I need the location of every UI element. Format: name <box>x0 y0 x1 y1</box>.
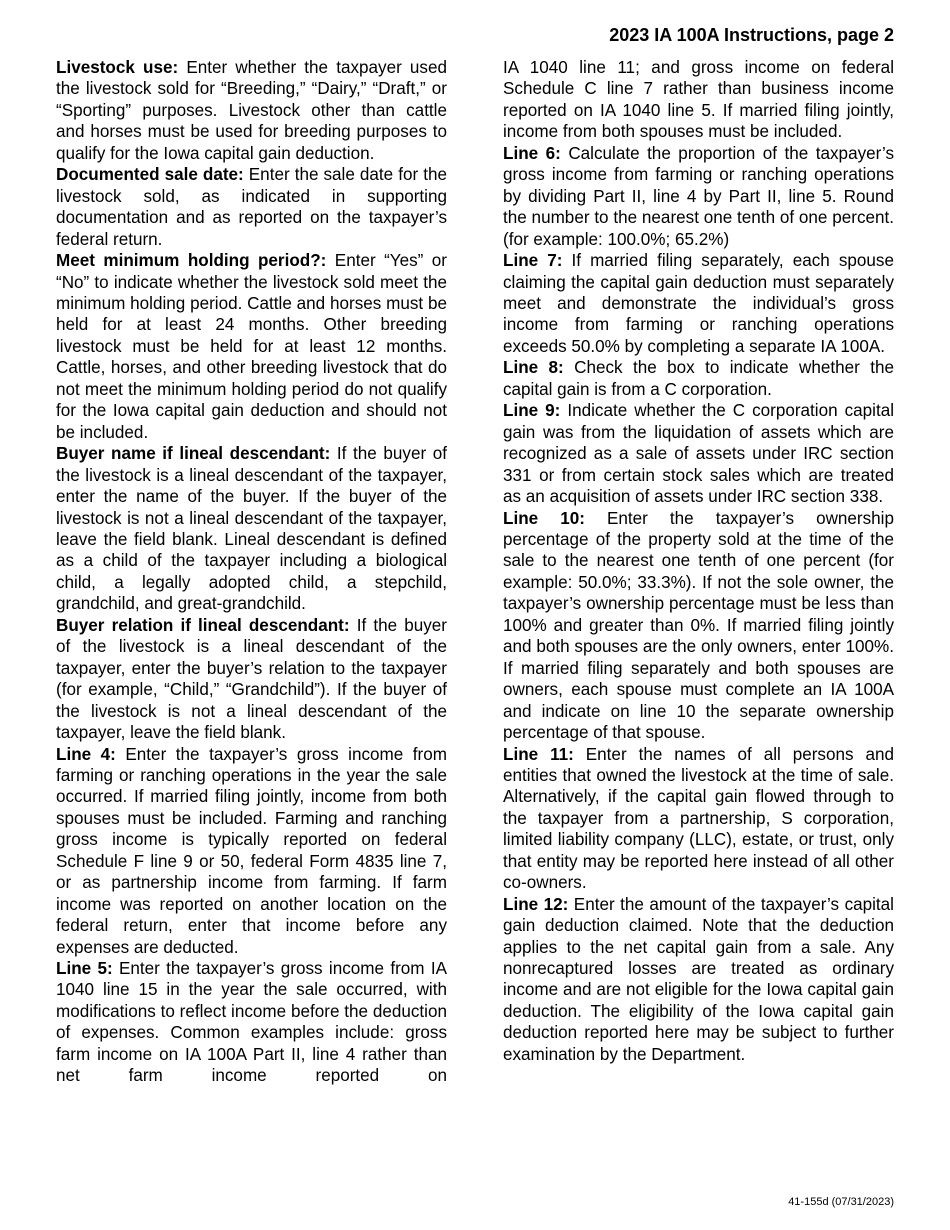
term-text: Enter the amount of the taxpayer’s capit… <box>503 895 894 1064</box>
instruction-livestock-use: Livestock use: Enter whether the taxpaye… <box>56 57 447 164</box>
term-text: Indicate whether the C corporation capit… <box>503 401 894 506</box>
instruction-line-6: Line 6: Calculate the proportion of the … <box>503 143 894 250</box>
instruction-buyer-relation: Buyer relation if lineal descendant: If … <box>56 615 447 744</box>
instruction-line-11: Line 11: Enter the names of all persons … <box>503 744 894 894</box>
form-id-footer: 41-155d (07/31/2023) <box>788 1195 894 1209</box>
term-text: Enter the taxpayer’s ownership percentag… <box>503 509 894 743</box>
instruction-buyer-name: Buyer name if lineal descendant: If the … <box>56 443 447 615</box>
instruction-minimum-holding-period: Meet minimum holding period?: Enter “Yes… <box>56 250 447 443</box>
term-label: Line 8: <box>503 358 564 377</box>
term-label: Line 9: <box>503 401 560 420</box>
term-label: Buyer name if lineal descendant: <box>56 444 330 463</box>
instruction-line-8: Line 8: Check the box to indicate whethe… <box>503 357 894 400</box>
term-label: Line 6: <box>503 144 561 163</box>
term-label: Buyer relation if lineal descendant: <box>56 616 350 635</box>
instruction-line-10: Line 10: Enter the taxpayer’s ownership … <box>503 508 894 744</box>
left-column: Livestock use: Enter whether the taxpaye… <box>56 57 447 1087</box>
term-text: Enter the taxpayer’s gross income from f… <box>56 745 447 957</box>
term-text: If the buyer of the livestock is a linea… <box>56 444 447 613</box>
term-label: Line 12: <box>503 895 568 914</box>
term-text: IA 1040 line 11; and gross income on fed… <box>503 58 894 141</box>
instruction-line-9: Line 9: Indicate whether the C corporati… <box>503 400 894 507</box>
instruction-line-5: Line 5: Enter the taxpayer’s gross incom… <box>56 958 447 1087</box>
term-text: Enter the taxpayer’s gross income from I… <box>56 959 447 1085</box>
instruction-line-5-continued: IA 1040 line 11; and gross income on fed… <box>503 57 894 143</box>
term-label: Line 5: <box>56 959 113 978</box>
term-label: Meet minimum holding period?: <box>56 251 326 270</box>
instruction-line-4: Line 4: Enter the taxpayer’s gross incom… <box>56 744 447 959</box>
term-label: Line 11: <box>503 745 574 764</box>
term-text: Calculate the proportion of the taxpayer… <box>503 144 894 249</box>
term-label: Livestock use: <box>56 58 178 77</box>
page-header-title: 2023 IA 100A Instructions, page 2 <box>609 24 894 46</box>
term-label: Line 10: <box>503 509 585 528</box>
term-label: Line 7: <box>503 251 562 270</box>
term-text: If married filing separately, each spous… <box>503 251 894 356</box>
term-label: Documented sale date: <box>56 165 244 184</box>
term-text: Enter “Yes” or “No” to indicate whether … <box>56 251 447 442</box>
right-column: IA 1040 line 11; and gross income on fed… <box>503 57 894 1065</box>
instruction-line-12: Line 12: Enter the amount of the taxpaye… <box>503 894 894 1066</box>
instruction-line-7: Line 7: If married filing separately, ea… <box>503 250 894 357</box>
term-text: Enter the names of all persons and entit… <box>503 745 894 893</box>
term-label: Line 4: <box>56 745 116 764</box>
instruction-documented-sale-date: Documented sale date: Enter the sale dat… <box>56 164 447 250</box>
